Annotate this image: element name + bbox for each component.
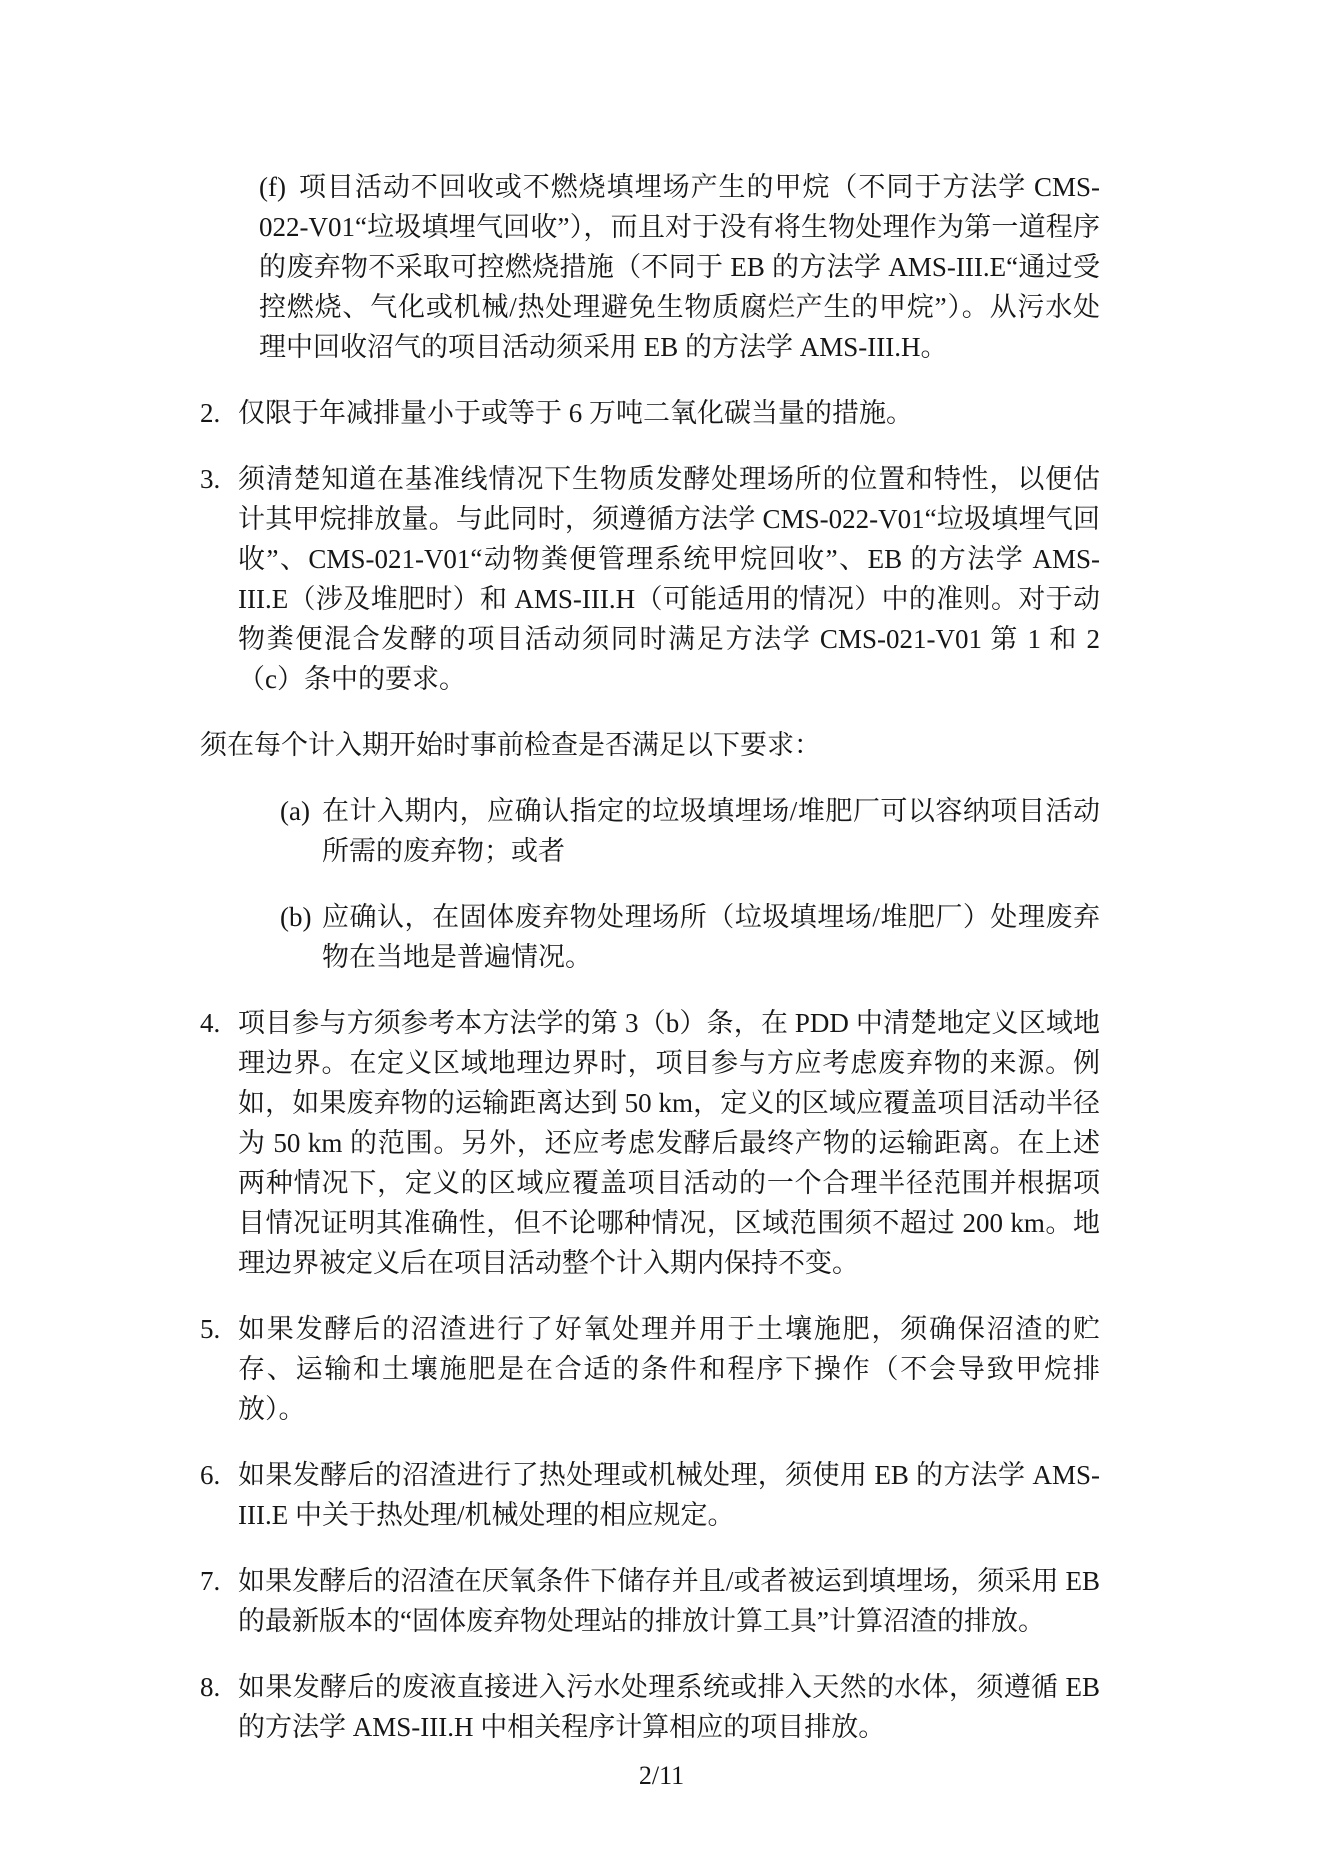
paragraph-precheck-requirements: 须在每个计入期开始时事前检查是否满足以下要求： <box>200 725 1100 765</box>
list-item-6: 6.如果发酵后的沼渣进行了热处理或机械处理，须使用 EB 的方法学 AMS-II… <box>238 1455 1100 1535</box>
list-item-f: (f)项目活动不回收或不燃烧填埋场产生的甲烷（不同于方法学 CMS-022-V0… <box>259 167 1100 367</box>
list-item-text: 如果发酵后的废液直接进入污水处理系统或排入天然的水体，须遵循 EB 的方法学 A… <box>238 1672 1100 1742</box>
list-marker: 8. <box>200 1667 220 1707</box>
list-marker: 6. <box>200 1455 220 1495</box>
list-item-2: 2.仅限于年减排量小于或等于 6 万吨二氧化碳当量的措施。 <box>238 393 1100 433</box>
paragraph-text: 须在每个计入期开始时事前检查是否满足以下要求： <box>200 730 821 760</box>
list-item-3: 3.须清楚知道在基准线情况下生物质发酵处理场所的位置和特性，以便估计其甲烷排放量… <box>238 459 1100 699</box>
list-marker: 2. <box>200 393 220 433</box>
page-footer: 2/11 <box>0 1760 1323 1792</box>
list-item-text: 项目活动不回收或不燃烧填埋场产生的甲烷（不同于方法学 CMS-022-V01“垃… <box>259 172 1100 362</box>
list-item-text: 如果发酵后的沼渣进行了好氧处理并用于土壤施肥，须确保沼渣的贮存、运输和土壤施肥是… <box>238 1314 1100 1424</box>
list-marker: (b) <box>280 897 311 937</box>
list-item-text: 如果发酵后的沼渣在厌氧条件下储存并且/或者被运到填埋场，须采用 EB 的最新版本… <box>238 1566 1100 1636</box>
list-item-text: 在计入期内，应确认指定的垃圾填埋场/堆肥厂可以容纳项目活动所需的废弃物；或者 <box>322 796 1100 866</box>
list-item-a: (a)在计入期内，应确认指定的垃圾填埋场/堆肥厂可以容纳项目活动所需的废弃物；或… <box>322 791 1100 871</box>
list-item-text: 项目参与方须参考本方法学的第 3（b）条，在 PDD 中清楚地定义区域地理边界。… <box>238 1008 1100 1278</box>
list-item-text: 仅限于年减排量小于或等于 6 万吨二氧化碳当量的措施。 <box>238 398 913 428</box>
document-page: (f)项目活动不回收或不燃烧填埋场产生的甲烷（不同于方法学 CMS-022-V0… <box>0 0 1323 1871</box>
list-item-text: 如果发酵后的沼渣进行了热处理或机械处理，须使用 EB 的方法学 AMS-III.… <box>238 1460 1100 1530</box>
list-item-7: 7.如果发酵后的沼渣在厌氧条件下储存并且/或者被运到填埋场，须采用 EB 的最新… <box>238 1561 1100 1641</box>
list-marker: 3. <box>200 459 220 499</box>
list-marker: (f) <box>259 172 298 202</box>
list-marker: (a) <box>280 791 310 831</box>
list-marker: 7. <box>200 1561 220 1601</box>
list-item-8: 8.如果发酵后的废液直接进入污水处理系统或排入天然的水体，须遵循 EB 的方法学… <box>238 1667 1100 1747</box>
list-item-5: 5.如果发酵后的沼渣进行了好氧处理并用于土壤施肥，须确保沼渣的贮存、运输和土壤施… <box>238 1309 1100 1429</box>
list-item-b: (b)应确认，在固体废弃物处理场所（垃圾填埋场/堆肥厂）处理废弃物在当地是普遍情… <box>322 897 1100 977</box>
list-marker: 5. <box>200 1309 220 1349</box>
list-item-text: 须清楚知道在基准线情况下生物质发酵处理场所的位置和特性，以便估计其甲烷排放量。与… <box>238 464 1100 694</box>
page-body: (f)项目活动不回收或不燃烧填埋场产生的甲烷（不同于方法学 CMS-022-V0… <box>0 167 1323 1773</box>
list-marker: 4. <box>200 1003 220 1043</box>
list-item-text: 应确认，在固体废弃物处理场所（垃圾填埋场/堆肥厂）处理废弃物在当地是普遍情况。 <box>322 902 1100 972</box>
list-item-4: 4.项目参与方须参考本方法学的第 3（b）条，在 PDD 中清楚地定义区域地理边… <box>238 1003 1100 1283</box>
page-number: 2/11 <box>639 1761 684 1790</box>
